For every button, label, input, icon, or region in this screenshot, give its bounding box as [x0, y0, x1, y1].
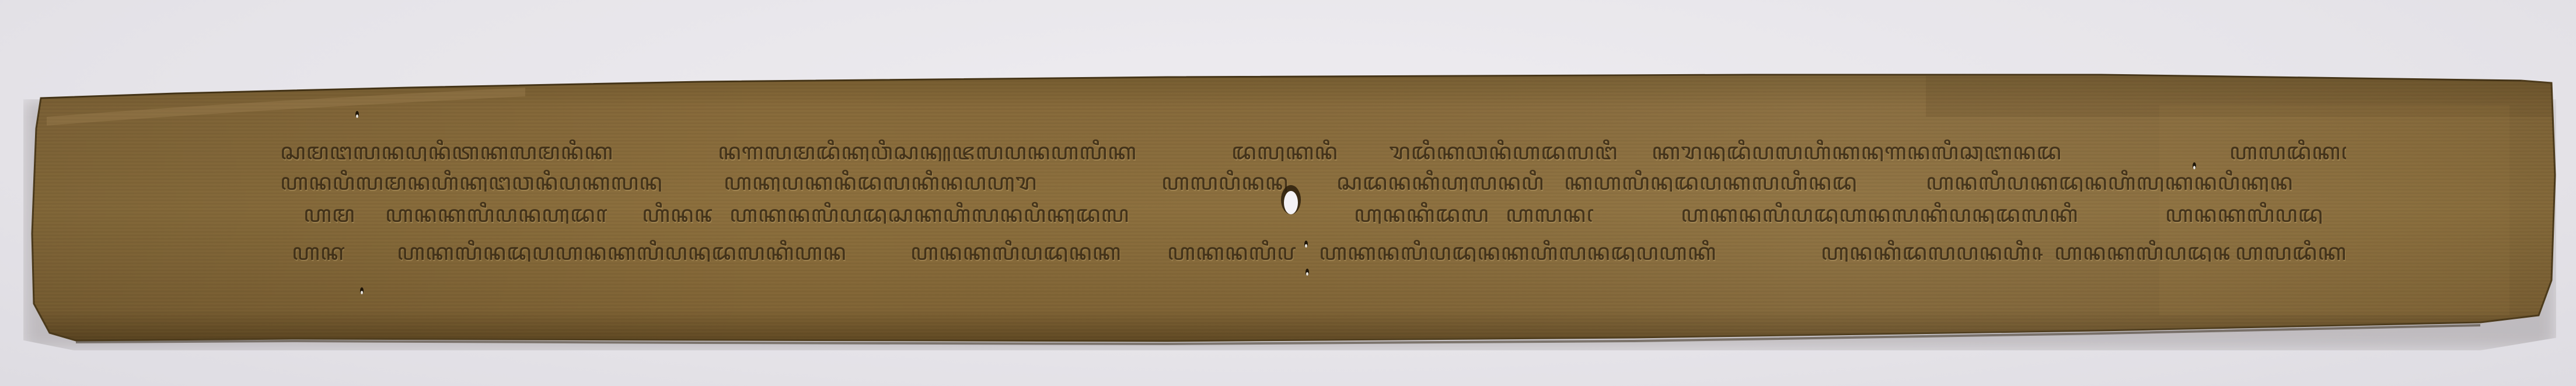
pinhole-light	[356, 114, 358, 118]
string-hole	[1284, 191, 1298, 214]
pinhole-light	[361, 291, 363, 294]
manuscript-photo: ꦱꦩꦔꦭꦤꦥꦸꦤꦶꦠꦏꦭꦩꦤꦶꦏꦤꦒꦭꦩꦢꦶꦏꦸꦮꦶꦱꦤꦾꦗꦭꦥꦤꦲꦭꦶꦏꦢꦭꦸ…	[0, 0, 2576, 386]
pinhole-light	[1306, 272, 1308, 276]
pinhole-light	[1305, 244, 1307, 248]
holes-layer	[0, 0, 2576, 386]
pinhole-light	[2193, 166, 2195, 169]
